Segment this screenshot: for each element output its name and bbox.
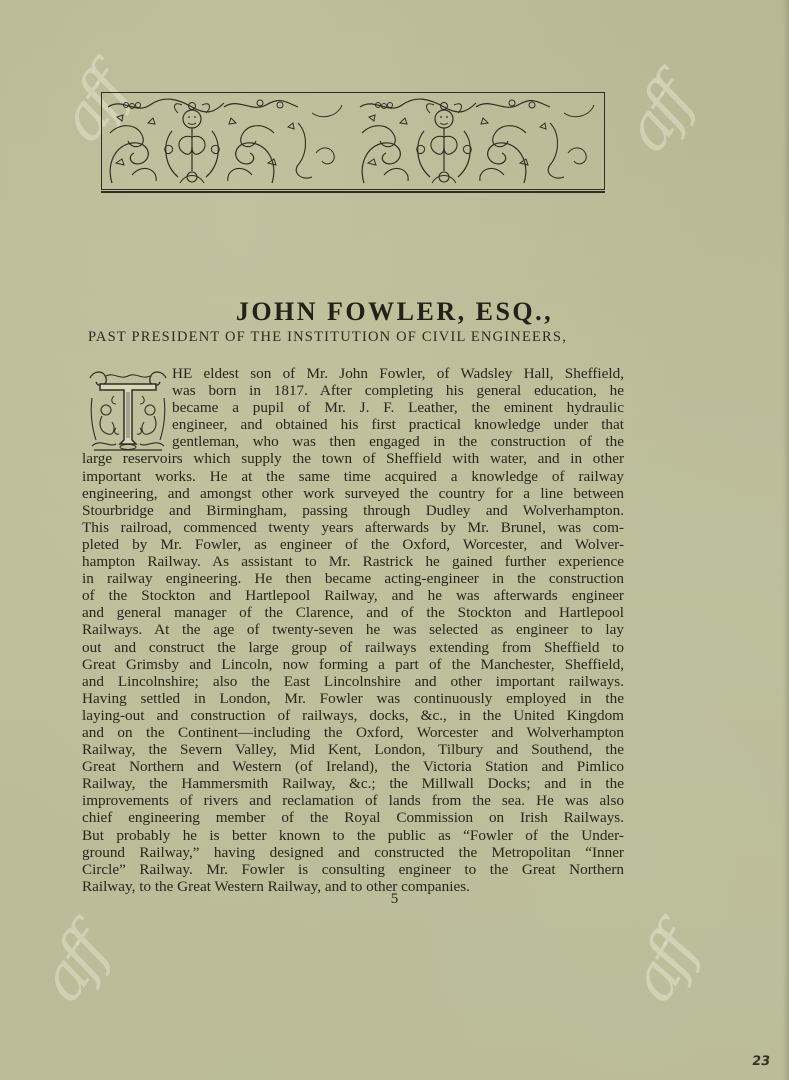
- body-line: Having settled in London, Mr. Fowler was…: [82, 690, 624, 707]
- body-line: But probably he is better known to the p…: [82, 827, 624, 844]
- body-line: Railways. At the age of twenty-seven he …: [82, 621, 624, 638]
- body-line: large reservoirs which supply the town o…: [82, 450, 624, 467]
- body-line: important works. He at the same time acq…: [82, 468, 624, 485]
- body-line: and general manager of the Clarence, and…: [82, 604, 624, 621]
- body-line: This railroad, commenced twenty years af…: [82, 519, 624, 536]
- header-ornament-border: [101, 92, 605, 190]
- body-line: and on the Continent—including the Oxfor…: [82, 724, 624, 741]
- body-line: HE eldest son of Mr. John Fowler, of Wad…: [172, 365, 624, 382]
- page-subtitle: PAST PRESIDENT OF THE INSTITUTION OF CIV…: [88, 329, 648, 346]
- body-line: out and construct the large group of rai…: [82, 639, 624, 656]
- body-line: engineering, and amongst other work surv…: [82, 485, 624, 502]
- body-line: became a pupil of Mr. J. F. Leather, the…: [172, 399, 624, 416]
- watermark-logo: aff: [615, 920, 711, 1013]
- body-line: Railway, the Severn Valley, Mid Kent, Lo…: [82, 741, 624, 758]
- body-line: chief engineering member of the Royal Co…: [82, 809, 624, 826]
- body-line: in railway engineering. He then became a…: [82, 570, 624, 587]
- body-line: hampton Railway. As assistant to Mr. Ras…: [82, 553, 624, 570]
- body-line: Great Northern and Western (of Ireland),…: [82, 758, 624, 775]
- watermark-logo: aff: [24, 919, 121, 1014]
- body-line: was born in 1817. After completing his g…: [172, 382, 624, 399]
- page-edge: [783, 0, 789, 1080]
- handwritten-folio-number: 23: [751, 1054, 771, 1069]
- body-line: Railway, the Hammersmith Railway, &c.; t…: [82, 775, 624, 792]
- body-line: gentleman, who was then engaged in the c…: [172, 433, 624, 450]
- body-line: engineer, and obtained his first practic…: [172, 416, 624, 433]
- body-line: laying-out and construction of railways,…: [82, 707, 624, 724]
- body-line: pleted by Mr. Fowler, as engineer of the…: [82, 536, 624, 553]
- ornament-rule: [101, 191, 605, 193]
- body-line: and Lincolnshire; also the East Lincolns…: [82, 673, 624, 690]
- floral-scroll-icon: [102, 93, 605, 190]
- body-line: Stourbridge and Birmingham, passing thro…: [82, 502, 624, 519]
- page-title: JOHN FOWLER, ESQ.,: [0, 297, 789, 327]
- body-line: Great Grimsby and Lincoln, now forming a…: [82, 656, 624, 673]
- body-line: improvements of rivers and reclamation o…: [82, 792, 624, 809]
- body-line: of the Stockton and Hartlepool Railway, …: [82, 587, 624, 604]
- body-line: Circle” Railway. Mr. Fowler is consultin…: [82, 861, 624, 878]
- body-line: ground Railway,” having designed and con…: [82, 844, 624, 861]
- page-number: 5: [0, 891, 789, 908]
- article-body: HE eldest son of Mr. John Fowler, of Wad…: [82, 365, 624, 895]
- watermark-logo: aff: [609, 69, 706, 164]
